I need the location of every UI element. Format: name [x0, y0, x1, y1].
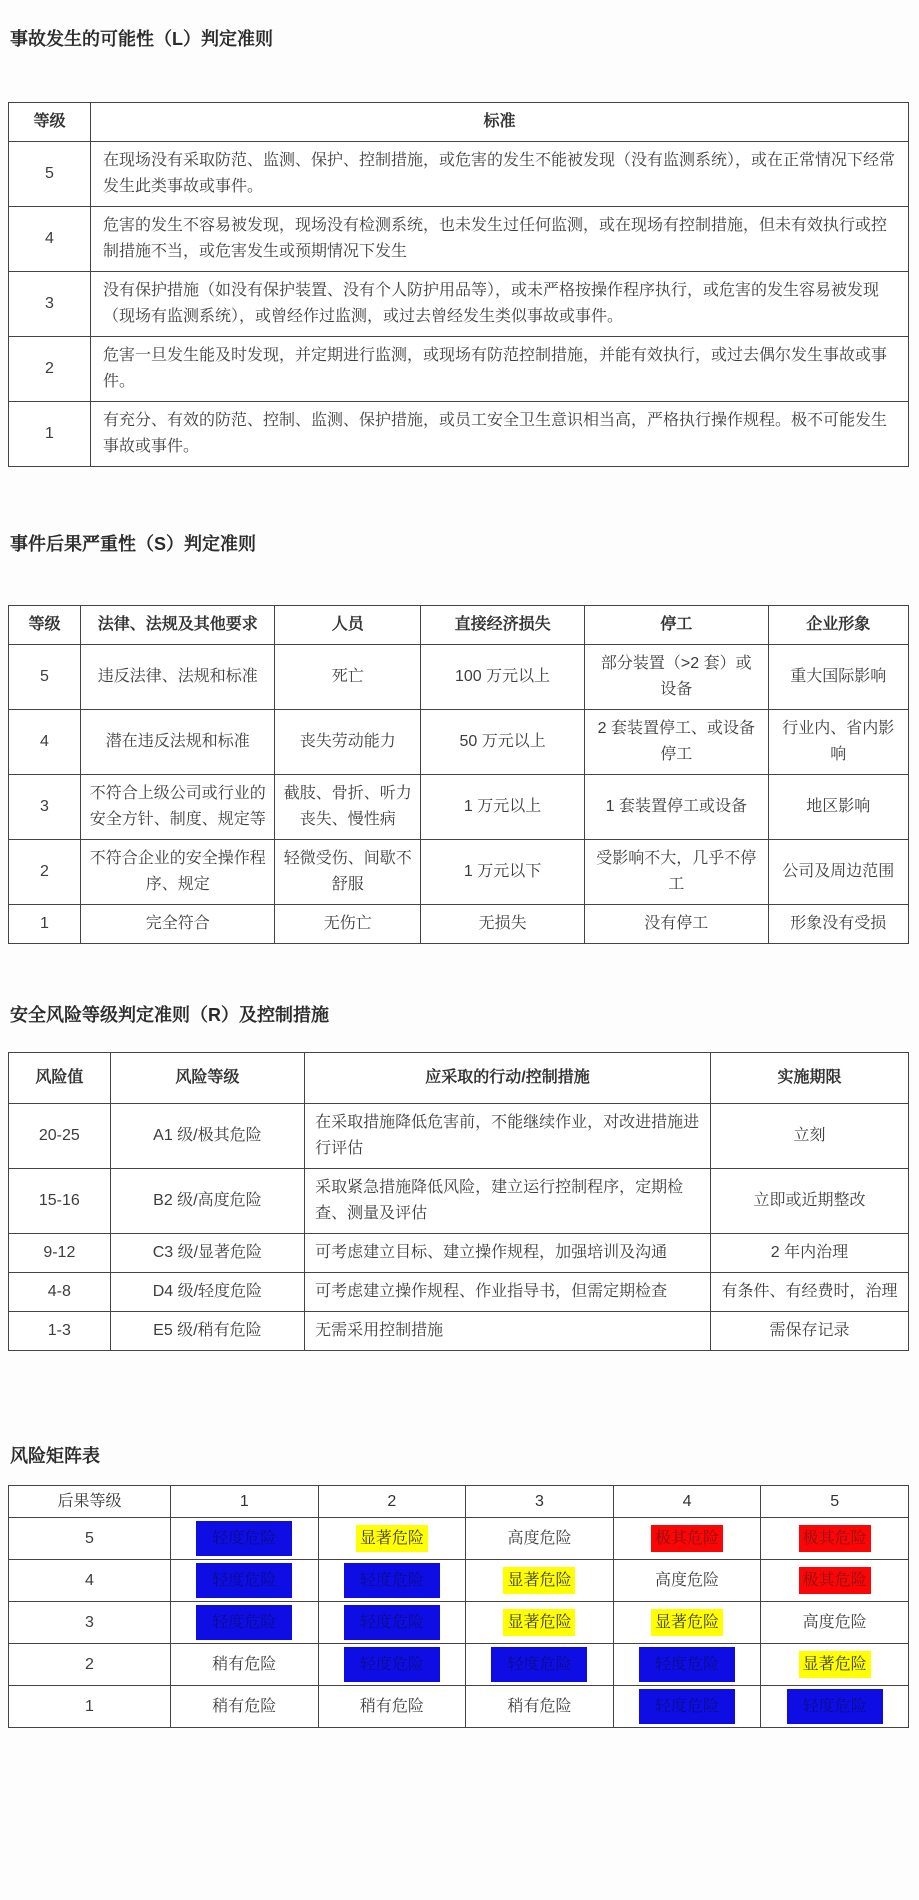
grade-cell: 5 — [9, 142, 91, 207]
criteria-cell: 有充分、有效的防范、控制、监测、保护措施，或员工安全卫生意识相当高，严格执行操作… — [91, 402, 909, 467]
economic-loss-cell: 50 万元以上 — [421, 710, 585, 775]
matrix-row: 3 轻度危险 轻度危险 显著危险 显著危险 高度危险 — [9, 1602, 909, 1644]
grade-cell: 4 — [9, 710, 81, 775]
table-row: 20-25 A1 级/极其危险 在采取措施降低危害前，不能继续作业，对改进措施进… — [9, 1104, 909, 1169]
law-cell: 违反法律、法规和标准 — [81, 645, 275, 710]
matrix-cell: 显著危险 — [466, 1602, 614, 1644]
shutdown-column-header: 停工 — [584, 606, 768, 645]
risk-label: 稍有危险 — [360, 1694, 424, 1719]
deadline-cell: 立即或近期整改 — [710, 1169, 908, 1234]
shutdown-cell: 1 套装置停工或设备 — [584, 775, 768, 840]
law-cell: 不符合上级公司或行业的安全方针、制度、规定等 — [81, 775, 275, 840]
risk-label: 轻度危险 — [639, 1647, 735, 1682]
matrix-row-label: 4 — [9, 1560, 171, 1602]
law-cell: 不符合企业的安全操作程序、规定 — [81, 840, 275, 905]
matrix-column-header: 5 — [761, 1486, 909, 1518]
risk-label: 稍有危险 — [507, 1694, 571, 1719]
image-cell: 地区影响 — [768, 775, 908, 840]
severity-table: 等级 法律、法规及其他要求 人员 直接经济损失 停工 企业形象 5 违反法律、法… — [8, 605, 909, 944]
risk-label: 轻度危险 — [344, 1647, 440, 1682]
matrix-cell: 轻度危险 — [170, 1560, 318, 1602]
matrix-cell: 轻度危险 — [318, 1644, 466, 1686]
matrix-cell: 轻度危险 — [170, 1602, 318, 1644]
matrix-cell: 稍有危险 — [170, 1686, 318, 1728]
economic-loss-cell: 无损失 — [421, 905, 585, 944]
matrix-cell: 轻度危险 — [318, 1560, 466, 1602]
matrix-cell: 高度危险 — [613, 1560, 761, 1602]
table-row: 4 危害的发生不容易被发现，现场没有检测系统，也未发生过任何监测，或在现场有控制… — [9, 207, 909, 272]
shutdown-cell: 没有停工 — [584, 905, 768, 944]
grade-cell: 5 — [9, 645, 81, 710]
grade-cell: 2 — [9, 840, 81, 905]
table-row: 1 有充分、有效的防范、控制、监测、保护措施，或员工安全卫生意识相当高，严格执行… — [9, 402, 909, 467]
risk-grade-cell: E5 级/稍有危险 — [110, 1312, 304, 1351]
image-column-header: 企业形象 — [768, 606, 908, 645]
matrix-row: 2 稍有危险 轻度危险 轻度危险 轻度危险 显著危险 — [9, 1644, 909, 1686]
matrix-cell: 稍有危险 — [318, 1686, 466, 1728]
table-row: 2 不符合企业的安全操作程序、规定 轻微受伤、间歇不舒服 1 万元以下 受影响不… — [9, 840, 909, 905]
matrix-column-header: 3 — [466, 1486, 614, 1518]
grade-column-header: 等级 — [9, 606, 81, 645]
table-header-row: 等级 法律、法规及其他要求 人员 直接经济损失 停工 企业形象 — [9, 606, 909, 645]
image-cell: 形象没有受损 — [768, 905, 908, 944]
law-cell: 完全符合 — [81, 905, 275, 944]
risk-label: 高度危险 — [507, 1526, 571, 1551]
risk-label: 稍有危险 — [212, 1694, 276, 1719]
risk-grade-cell: C3 级/显著危险 — [110, 1234, 304, 1273]
risk-label: 轻度危险 — [196, 1563, 292, 1598]
economic-loss-cell: 100 万元以上 — [421, 645, 585, 710]
matrix-row-label: 2 — [9, 1644, 171, 1686]
risk-label: 高度危险 — [655, 1568, 719, 1593]
risk-label: 轻度危险 — [787, 1689, 883, 1724]
personnel-cell: 截肢、骨折、听力丧失、慢性病 — [275, 775, 421, 840]
risk-value-cell: 9-12 — [9, 1234, 111, 1273]
matrix-row-label: 3 — [9, 1602, 171, 1644]
control-action-cell: 采取紧急措施降低风险，建立运行控制程序，定期检查、测量及评估 — [305, 1169, 711, 1234]
matrix-cell: 稍有危险 — [466, 1686, 614, 1728]
table-row: 4-8 D4 级/轻度危险 可考虑建立操作规程、作业指导书，但需定期检查 有条件… — [9, 1273, 909, 1312]
risk-value-cell: 15-16 — [9, 1169, 111, 1234]
matrix-column-header: 2 — [318, 1486, 466, 1518]
matrix-cell: 显著危险 — [466, 1560, 614, 1602]
criteria-column-header: 标准 — [91, 103, 909, 142]
grade-cell: 1 — [9, 402, 91, 467]
matrix-cell: 轻度危险 — [613, 1644, 761, 1686]
table-header-row: 风险值 风险等级 应采取的行动/控制措施 实施期限 — [9, 1053, 909, 1104]
risk-grade-cell: A1 级/极其危险 — [110, 1104, 304, 1169]
shutdown-cell: 部分装置（>2 套）或设备 — [584, 645, 768, 710]
table-row: 5 违反法律、法规和标准 死亡 100 万元以上 部分装置（>2 套）或设备 重… — [9, 645, 909, 710]
control-action-cell: 在采取措施降低危害前，不能继续作业，对改进措施进行评估 — [305, 1104, 711, 1169]
table-row: 2 危害一旦发生能及时发现，并定期进行监测，或现场有防范控制措施，并能有效执行，… — [9, 337, 909, 402]
image-cell: 重大国际影响 — [768, 645, 908, 710]
risk-label: 显著危险 — [503, 1567, 575, 1594]
risk-label: 轻度危险 — [196, 1521, 292, 1556]
likelihood-table: 等级 标准 5 在现场没有采取防范、监测、保护、控制措施，或危害的发生不能被发现… — [8, 102, 909, 467]
matrix-cell: 高度危险 — [466, 1518, 614, 1560]
matrix-cell: 稍有危险 — [170, 1644, 318, 1686]
risk-value-column-header: 风险值 — [9, 1053, 111, 1104]
personnel-column-header: 人员 — [275, 606, 421, 645]
risk-label: 显著危险 — [503, 1609, 575, 1636]
criteria-cell: 在现场没有采取防范、监测、保护、控制措施，或危害的发生不能被发现（没有监测系统）… — [91, 142, 909, 207]
matrix-row-label: 1 — [9, 1686, 171, 1728]
deadline-cell: 立刻 — [710, 1104, 908, 1169]
grade-cell: 3 — [9, 775, 81, 840]
economic-loss-cell: 1 万元以上 — [421, 775, 585, 840]
matrix-column-header: 1 — [170, 1486, 318, 1518]
table-row: 9-12 C3 级/显著危险 可考虑建立目标、建立操作规程，加强培训及沟通 2 … — [9, 1234, 909, 1273]
table-row: 5 在现场没有采取防范、监测、保护、控制措施，或危害的发生不能被发现（没有监测系… — [9, 142, 909, 207]
matrix-row: 1 稍有危险 稍有危险 稍有危险 轻度危险 轻度危险 — [9, 1686, 909, 1728]
law-column-header: 法律、法规及其他要求 — [81, 606, 275, 645]
risk-grade-column-header: 风险等级 — [110, 1053, 304, 1104]
risk-grade-cell: D4 级/轻度危险 — [110, 1273, 304, 1312]
table-row: 1-3 E5 级/稍有危险 无需采用控制措施 需保存记录 — [9, 1312, 909, 1351]
table-row: 15-16 B2 级/高度危险 采取紧急措施降低风险，建立运行控制程序，定期检查… — [9, 1169, 909, 1234]
control-action-cell: 可考虑建立目标、建立操作规程，加强培训及沟通 — [305, 1234, 711, 1273]
criteria-cell: 危害一旦发生能及时发现，并定期进行监测，或现场有防范控制措施，并能有效执行，或过… — [91, 337, 909, 402]
table-row: 3 不符合上级公司或行业的安全方针、制度、规定等 截肢、骨折、听力丧失、慢性病 … — [9, 775, 909, 840]
grade-column-header: 等级 — [9, 103, 91, 142]
risk-label: 极其危险 — [799, 1525, 871, 1552]
control-action-column-header: 应采取的行动/控制措施 — [305, 1053, 711, 1104]
severity-section-title: 事件后果严重性（S）判定准则 — [10, 531, 911, 557]
matrix-cell: 显著危险 — [318, 1518, 466, 1560]
personnel-cell: 轻微受伤、间歇不舒服 — [275, 840, 421, 905]
risk-label: 显著危险 — [651, 1609, 723, 1636]
image-cell: 行业内、省内影响 — [768, 710, 908, 775]
control-action-cell: 可考虑建立操作规程、作业指导书，但需定期检查 — [305, 1273, 711, 1312]
risk-label: 轻度危险 — [491, 1647, 587, 1682]
risk-label: 稍有危险 — [212, 1652, 276, 1677]
risk-label: 极其危险 — [651, 1525, 723, 1552]
matrix-cell: 高度危险 — [761, 1602, 909, 1644]
risk-label: 轻度危险 — [196, 1605, 292, 1640]
table-header-row: 等级 标准 — [9, 103, 909, 142]
table-row: 3 没有保护措施（如没有保护装置、没有个人防护用品等），或未严格按操作程序执行，… — [9, 272, 909, 337]
personnel-cell: 死亡 — [275, 645, 421, 710]
risk-value-cell: 1-3 — [9, 1312, 111, 1351]
deadline-cell: 需保存记录 — [710, 1312, 908, 1351]
matrix-cell: 显著危险 — [761, 1644, 909, 1686]
document-page: 事故发生的可能性（L）判定准则 等级 标准 5 在现场没有采取防范、监测、保护、… — [0, 0, 919, 1728]
matrix-cell: 轻度危险 — [170, 1518, 318, 1560]
economic-loss-cell: 1 万元以下 — [421, 840, 585, 905]
grade-cell: 4 — [9, 207, 91, 272]
table-row: 1 完全符合 无伤亡 无损失 没有停工 形象没有受损 — [9, 905, 909, 944]
matrix-cell: 极其危险 — [761, 1518, 909, 1560]
risk-label: 轻度危险 — [639, 1689, 735, 1724]
matrix-cell: 极其危险 — [761, 1560, 909, 1602]
risk-level-section-title: 安全风险等级判定准则（R）及控制措施 — [10, 1002, 911, 1028]
matrix-header-row: 后果等级 1 2 3 4 5 — [9, 1486, 909, 1518]
risk-label: 轻度危险 — [344, 1563, 440, 1598]
risk-matrix-section-title: 风险矩阵表 — [10, 1443, 911, 1469]
matrix-column-header: 4 — [613, 1486, 761, 1518]
risk-label: 极其危险 — [799, 1567, 871, 1594]
risk-label: 高度危险 — [803, 1610, 867, 1635]
risk-matrix-table: 后果等级 1 2 3 4 5 5 轻度危险 显著危险 高度危险 极其危险 极其危… — [8, 1485, 909, 1728]
criteria-cell: 危害的发生不容易被发现，现场没有检测系统，也未发生过任何监测，或在现场有控制措施… — [91, 207, 909, 272]
shutdown-cell: 2 套装置停工、或设备停工 — [584, 710, 768, 775]
control-action-cell: 无需采用控制措施 — [305, 1312, 711, 1351]
risk-label: 显著危险 — [799, 1651, 871, 1678]
deadline-column-header: 实施期限 — [710, 1053, 908, 1104]
matrix-cell: 显著危险 — [613, 1602, 761, 1644]
matrix-row: 4 轻度危险 轻度危险 显著危险 高度危险 极其危险 — [9, 1560, 909, 1602]
deadline-cell: 有条件、有经费时，治理 — [710, 1273, 908, 1312]
matrix-cell: 轻度危险 — [761, 1686, 909, 1728]
image-cell: 公司及周边范围 — [768, 840, 908, 905]
likelihood-section-title: 事故发生的可能性（L）判定准则 — [10, 26, 911, 52]
risk-level-table: 风险值 风险等级 应采取的行动/控制措施 实施期限 20-25 A1 级/极其危… — [8, 1052, 909, 1351]
risk-label: 显著危险 — [356, 1525, 428, 1552]
grade-cell: 3 — [9, 272, 91, 337]
risk-value-cell: 4-8 — [9, 1273, 111, 1312]
risk-value-cell: 20-25 — [9, 1104, 111, 1169]
economic-loss-column-header: 直接经济损失 — [421, 606, 585, 645]
matrix-cell: 轻度危险 — [466, 1644, 614, 1686]
consequence-grade-corner-header: 后果等级 — [9, 1486, 171, 1518]
criteria-cell: 没有保护措施（如没有保护装置、没有个人防护用品等），或未严格按操作程序执行，或危… — [91, 272, 909, 337]
personnel-cell: 丧失劳动能力 — [275, 710, 421, 775]
table-row: 4 潜在违反法规和标准 丧失劳动能力 50 万元以上 2 套装置停工、或设备停工… — [9, 710, 909, 775]
deadline-cell: 2 年内治理 — [710, 1234, 908, 1273]
matrix-cell: 极其危险 — [613, 1518, 761, 1560]
matrix-cell: 轻度危险 — [613, 1686, 761, 1728]
grade-cell: 2 — [9, 337, 91, 402]
shutdown-cell: 受影响不大，几乎不停工 — [584, 840, 768, 905]
personnel-cell: 无伤亡 — [275, 905, 421, 944]
matrix-cell: 轻度危险 — [318, 1602, 466, 1644]
risk-label: 轻度危险 — [344, 1605, 440, 1640]
matrix-row-label: 5 — [9, 1518, 171, 1560]
risk-grade-cell: B2 级/高度危险 — [110, 1169, 304, 1234]
law-cell: 潜在违反法规和标准 — [81, 710, 275, 775]
grade-cell: 1 — [9, 905, 81, 944]
matrix-row: 5 轻度危险 显著危险 高度危险 极其危险 极其危险 — [9, 1518, 909, 1560]
